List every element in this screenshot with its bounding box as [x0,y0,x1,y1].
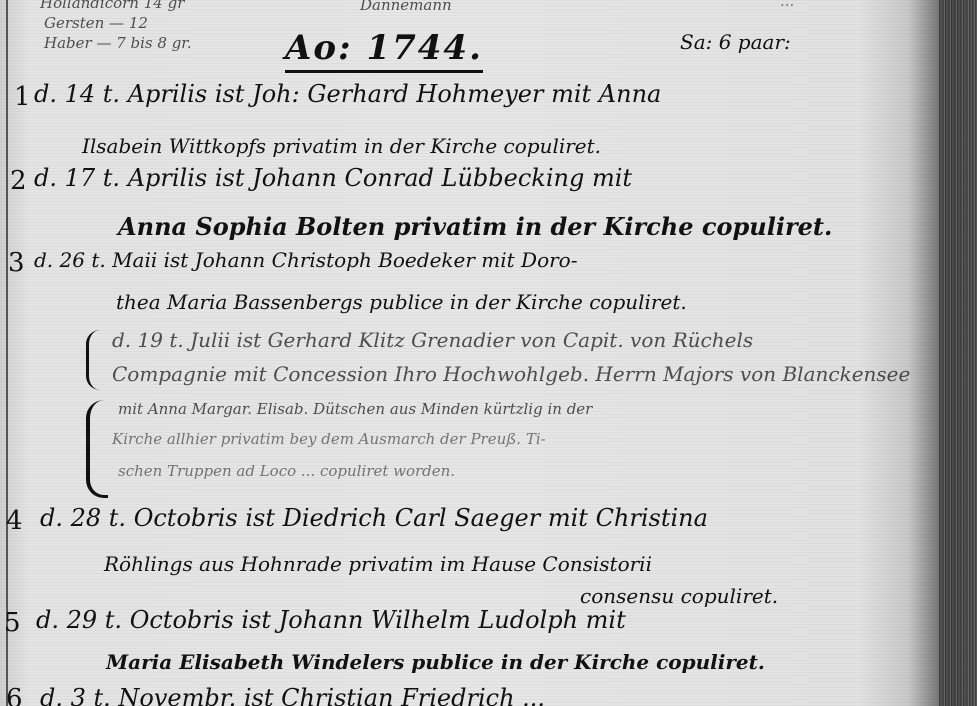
entry-4-line-3: consensu copuliret. [580,584,778,608]
header-note-2: Gersten — 12 [44,14,148,32]
header-note-3: Haber — 7 bis 8 gr. [44,34,192,52]
entry-6-line-1: d. 3 t. Novembr. ist Christian Friedrich… [40,684,545,706]
header-top-right-note: ... [780,0,794,10]
entry-1-line-1: d. 14 t. Aprilis ist Joh: Gerhard Hohmey… [34,80,661,108]
book-binding [939,0,977,706]
entry-klitz-line-4: Kirche allhier privatim bey dem Ausmarch… [112,430,546,448]
entry-klitz-line-1: d. 19 t. Julii ist Gerhard Klitz Grenadi… [112,328,753,352]
entry-5-line-2: Maria Elisabeth Windelers publice in der… [106,650,765,674]
entry-1-line-2: Ilsabein Wittkopfs privatim in der Kirch… [82,134,601,158]
entry-5-line-1: d. 29 t. Octobris ist Johann Wilhelm Lud… [36,606,626,634]
page-left-edge [6,0,8,706]
entry-1-number: 1 [14,82,31,112]
header-note-1: Hollandicorn 14 gr [40,0,184,12]
entry-2-line-1: d. 17 t. Aprilis ist Johann Conrad Lübbe… [34,164,632,192]
year-heading: Ao: 1744. [285,28,483,73]
year-summary: Sa: 6 paar: [680,30,791,54]
entry-4-number: 4 [6,506,23,536]
entry-3-line-1: d. 26 t. Maii ist Johann Christoph Boede… [34,248,577,272]
register-page: Hollandicorn 14 gr Gersten — 12 Haber — … [0,0,977,706]
entry-3-number: 3 [8,248,25,278]
bracket-top [86,330,103,390]
entry-klitz-line-2: Compagnie mit Concession Ihro Hochwohlge… [112,362,910,386]
entry-4-line-1: d. 28 t. Octobris ist Diedrich Carl Saeg… [40,504,708,532]
header-top-center-note: Dannemann [360,0,452,14]
entry-6-number: 6 [6,684,23,706]
entry-5-number: 5 [4,608,21,638]
entry-4-line-2: Röhlings aus Hohnrade privatim im Hause … [104,552,652,576]
entry-3-line-2: thea Maria Bassenbergs publice in der Ki… [116,290,687,314]
bracket-bottom [86,400,108,498]
entry-klitz-line-3: mit Anna Margar. Elisab. Dütschen aus Mi… [118,400,592,418]
entry-2-line-2: Anna Sophia Bolten privatim in der Kirch… [118,212,832,241]
entry-klitz-line-5: schen Truppen ad Loco ... copuliret word… [118,462,455,480]
entry-2-number: 2 [10,166,27,196]
